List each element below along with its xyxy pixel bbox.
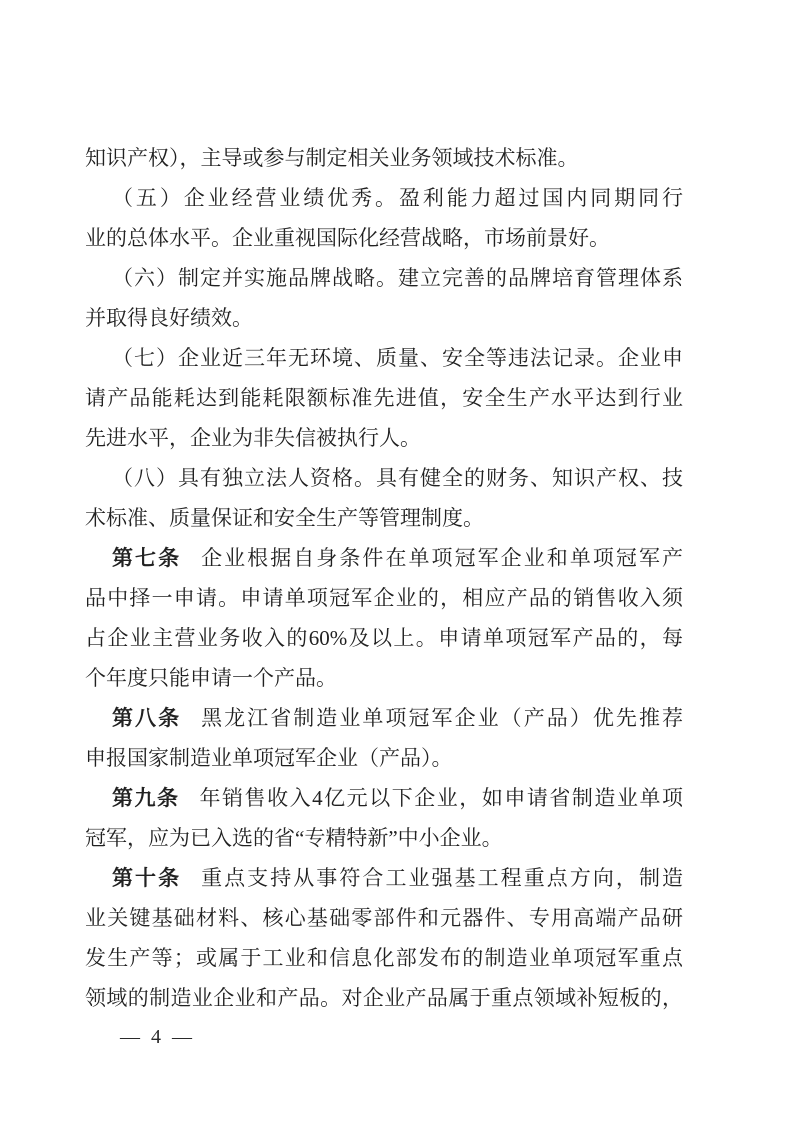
text-line: 第九条年销售收入4亿元以下企业，如申请省制造业单项 bbox=[85, 778, 683, 818]
text-line: 领域的制造业企业和产品。对企业产品属于重点领域补短板的， bbox=[85, 978, 683, 1018]
line-text: 品中择一申请。申请单项冠军企业的，相应产品的销售收入须 bbox=[85, 586, 683, 610]
line-text: 黑龙江省制造业单项冠军企业（产品）优先推荐 bbox=[201, 706, 683, 730]
page-number: — 4 — bbox=[120, 1026, 195, 1048]
line-text: 知识产权），主导或参与制定相关业务领域技术标准。 bbox=[85, 146, 579, 170]
line-text: 术标准、质量保证和安全生产等管理制度。 bbox=[85, 506, 484, 530]
line-text: 重点支持从事符合工业强基工程重点方向，制造 bbox=[201, 866, 683, 890]
text-line: 先进水平，企业为非失信被执行人。 bbox=[85, 418, 683, 458]
line-text: 企业根据自身条件在单项冠军企业和单项冠军产 bbox=[201, 546, 683, 570]
text-line: 请产品能耗达到能耗限额标准先进值，安全生产水平达到行业 bbox=[85, 378, 683, 418]
line-text: 个年度只能申请一个产品。 bbox=[85, 666, 337, 690]
text-line: 个年度只能申请一个产品。 bbox=[85, 658, 683, 698]
article-number: 第十条 bbox=[112, 866, 181, 890]
line-text: 冠军，应为已入选的省“专精特新”中小企业。 bbox=[85, 826, 503, 850]
page-footer: — 4 — bbox=[120, 1026, 195, 1048]
line-text: （八）具有独立法人资格。具有健全的财务、知识产权、技 bbox=[112, 466, 683, 490]
line-text: 并取得良好绩效。 bbox=[85, 306, 253, 330]
text-line: 冠军，应为已入选的省“专精特新”中小企业。 bbox=[85, 818, 683, 858]
line-text: （六）制定并实施品牌战略。建立完善的品牌培育管理体系 bbox=[112, 266, 683, 290]
text-line: （八）具有独立法人资格。具有健全的财务、知识产权、技 bbox=[85, 458, 683, 498]
text-line: 第八条黑龙江省制造业单项冠军企业（产品）优先推荐 bbox=[85, 698, 683, 738]
article-number: 第七条 bbox=[112, 546, 181, 570]
line-text: 领域的制造业企业和产品。对企业产品属于重点领域补短板的， bbox=[85, 986, 683, 1010]
line-text: 发生产等；或属于工业和信息化部发布的制造业单项冠军重点 bbox=[85, 946, 683, 970]
text-line: 品中择一申请。申请单项冠军企业的，相应产品的销售收入须 bbox=[85, 578, 683, 618]
text-line: （六）制定并实施品牌战略。建立完善的品牌培育管理体系 bbox=[85, 258, 683, 298]
document-page: 知识产权），主导或参与制定相关业务领域技术标准。（五）企业经营业绩优秀。盈利能力… bbox=[0, 0, 793, 1122]
line-text: （七）企业近三年无环境、质量、安全等违法记录。企业申 bbox=[112, 346, 683, 370]
text-line: 第七条企业根据自身条件在单项冠军企业和单项冠军产 bbox=[85, 538, 683, 578]
text-line: 业的总体水平。企业重视国际化经营战略，市场前景好。 bbox=[85, 218, 683, 258]
text-line: 并取得良好绩效。 bbox=[85, 298, 683, 338]
document-body: 知识产权），主导或参与制定相关业务领域技术标准。（五）企业经营业绩优秀。盈利能力… bbox=[85, 138, 683, 1018]
line-text: 年销售收入4亿元以下企业，如申请省制造业单项 bbox=[200, 786, 683, 810]
text-line: 占企业主营业务收入的60%及以上。申请单项冠军产品的，每 bbox=[85, 618, 683, 658]
line-text: 业关键基础材料、核心基础零部件和元器件、专用高端产品研 bbox=[85, 906, 683, 930]
text-line: （七）企业近三年无环境、质量、安全等违法记录。企业申 bbox=[85, 338, 683, 378]
text-line: 术标准、质量保证和安全生产等管理制度。 bbox=[85, 498, 683, 538]
line-text: 先进水平，企业为非失信被执行人。 bbox=[85, 426, 421, 450]
text-line: 业关键基础材料、核心基础零部件和元器件、专用高端产品研 bbox=[85, 898, 683, 938]
line-text: 申报国家制造业单项冠军企业（产品）。 bbox=[85, 746, 453, 770]
article-number: 第九条 bbox=[112, 786, 180, 810]
line-text: 业的总体水平。企业重视国际化经营战略，市场前景好。 bbox=[85, 226, 610, 250]
text-line: 第十条重点支持从事符合工业强基工程重点方向，制造 bbox=[85, 858, 683, 898]
line-text: 请产品能耗达到能耗限额标准先进值，安全生产水平达到行业 bbox=[85, 386, 683, 410]
line-text: （五）企业经营业绩优秀。盈利能力超过国内同期同行 bbox=[112, 186, 683, 210]
text-line: （五）企业经营业绩优秀。盈利能力超过国内同期同行 bbox=[85, 178, 683, 218]
line-text: 占企业主营业务收入的60%及以上。申请单项冠军产品的，每 bbox=[85, 626, 683, 650]
text-line: 知识产权），主导或参与制定相关业务领域技术标准。 bbox=[85, 138, 683, 178]
article-number: 第八条 bbox=[112, 706, 181, 730]
text-line: 发生产等；或属于工业和信息化部发布的制造业单项冠军重点 bbox=[85, 938, 683, 978]
text-line: 申报国家制造业单项冠军企业（产品）。 bbox=[85, 738, 683, 778]
